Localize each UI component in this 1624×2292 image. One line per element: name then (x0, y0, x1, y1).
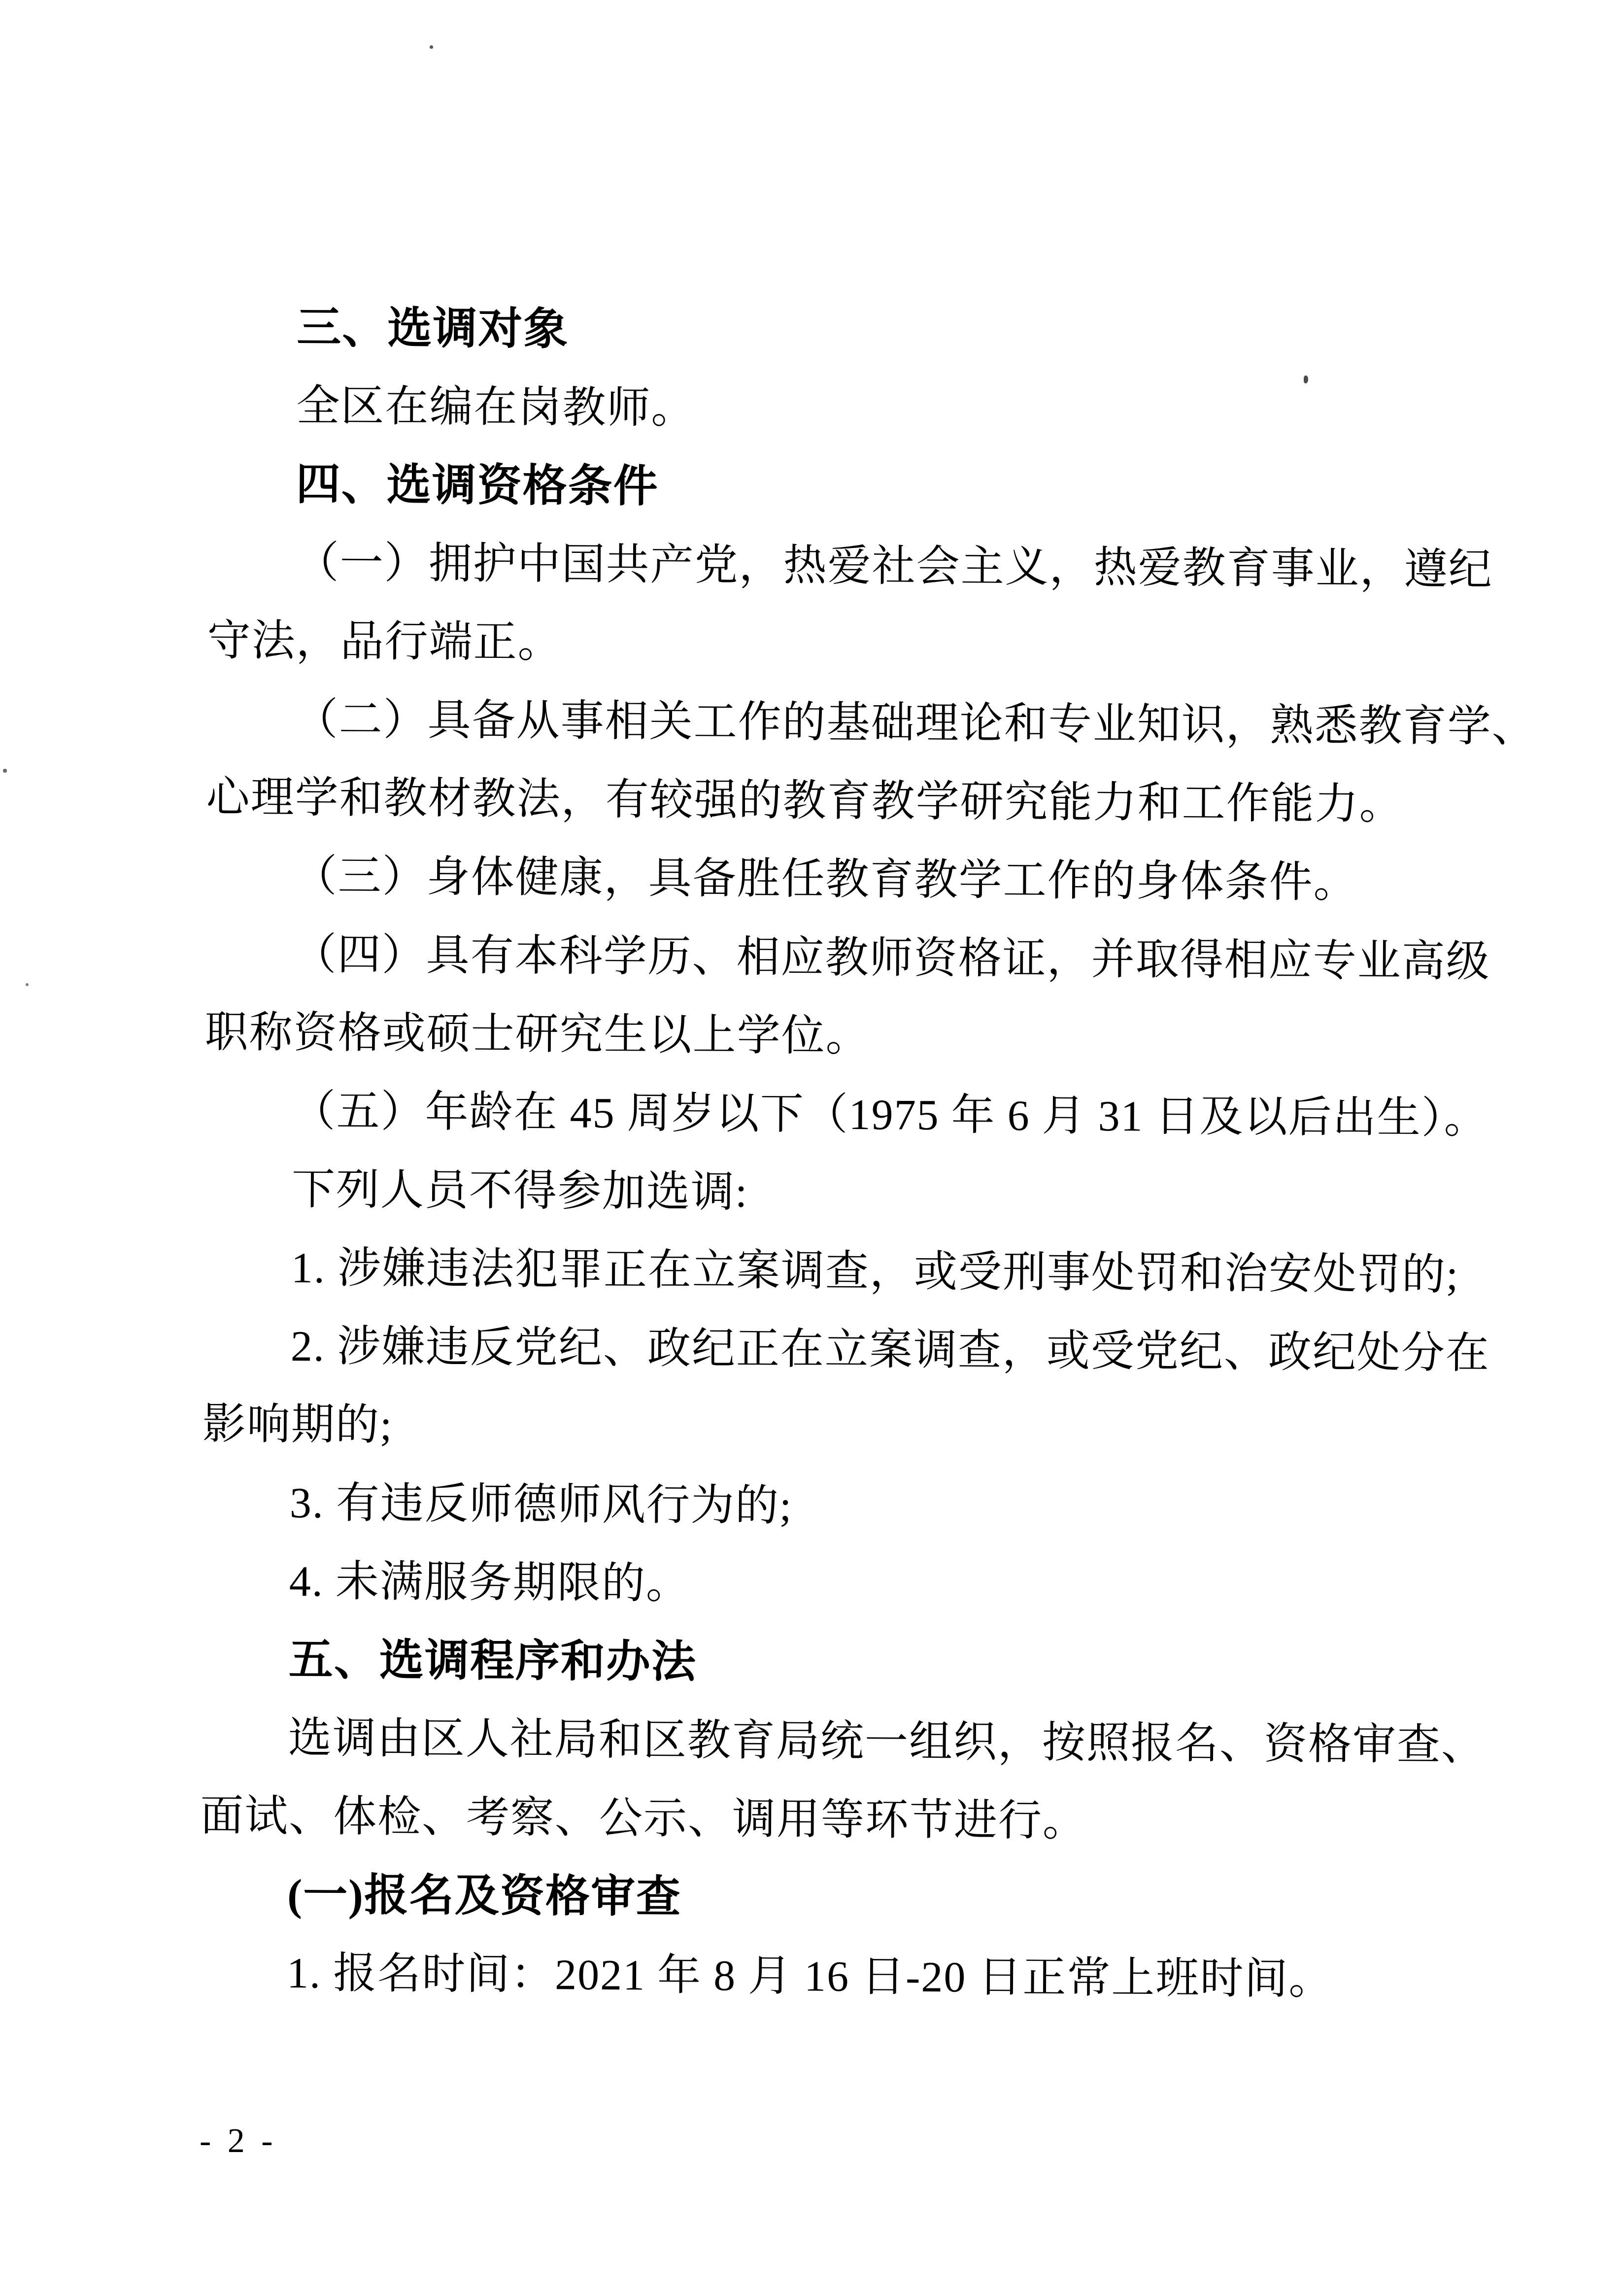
text-line: 选调由区人社局和区教育局统一组织，按照报名、资格审查、 (201, 1699, 1482, 1785)
text-line: 三、选调对象 (209, 288, 1490, 375)
text-line: 3. 有违反师德师风行为的; (202, 1464, 1483, 1550)
text-line: 4. 未满服务期限的。 (201, 1542, 1483, 1628)
text-line: 2. 涉嫌违反党纪、政纪正在立案调查，或受党纪、政纪处分在 (203, 1307, 1484, 1393)
text-line: （三）身体健康，具备胜任教育教学工作的身体条件。 (205, 837, 1487, 923)
text-line: 心理学和教材教法，有较强的教育教学研究能力和工作能力。 (206, 758, 1488, 845)
text-line: 职称资格或硕士研究生以上学位。 (204, 993, 1486, 1080)
text-line: 1. 涉嫌违法犯罪正在立案调查，或受刑事处罚和治安处罚的; (203, 1229, 1485, 1315)
text-line: （一）拥护中国共产党，热爱社会主义，热爱教育事业，遵纪 (207, 523, 1489, 610)
text-line: 1. 报名时间：2021 年 8 月 16 日-20 日正常上班时间。 (199, 1934, 1481, 2020)
text-line: （二）具备从事相关工作的基础理论和专业知识，熟悉教育学、 (206, 680, 1488, 766)
text-line: （五）年龄在 45 周岁以下（1975 年 6 月 31 日及以后出生）。 (204, 1072, 1486, 1158)
scan-speck (430, 45, 433, 49)
text-line: 全区在编在岗教师。 (208, 367, 1490, 453)
text-line: （四）具有本科学历、相应教师资格证，并取得相应专业高级 (205, 915, 1487, 1001)
text-line: 影响期的; (202, 1385, 1484, 1471)
text-line: (一)报名及资格审查 (200, 1855, 1481, 1942)
scan-speck (3, 769, 7, 773)
document-page: 三、选调对象全区在编在岗教师。四、选调资格条件（一）拥护中国共产党，热爱社会主义… (0, 0, 1624, 2292)
page-number: - 2 - (200, 2121, 277, 2161)
document-text-block: 三、选调对象全区在编在岗教师。四、选调资格条件（一）拥护中国共产党，热爱社会主义… (199, 288, 1490, 2020)
text-line: 守法，品行端正。 (207, 602, 1489, 688)
text-line: 五、选调程序和办法 (201, 1620, 1483, 1707)
scan-speck (26, 983, 29, 986)
text-line: 下列人员不得参加选调: (203, 1150, 1485, 1236)
text-line: 四、选调资格条件 (208, 445, 1489, 531)
text-line: 面试、体检、考察、公示、调用等环节进行。 (200, 1777, 1482, 1863)
